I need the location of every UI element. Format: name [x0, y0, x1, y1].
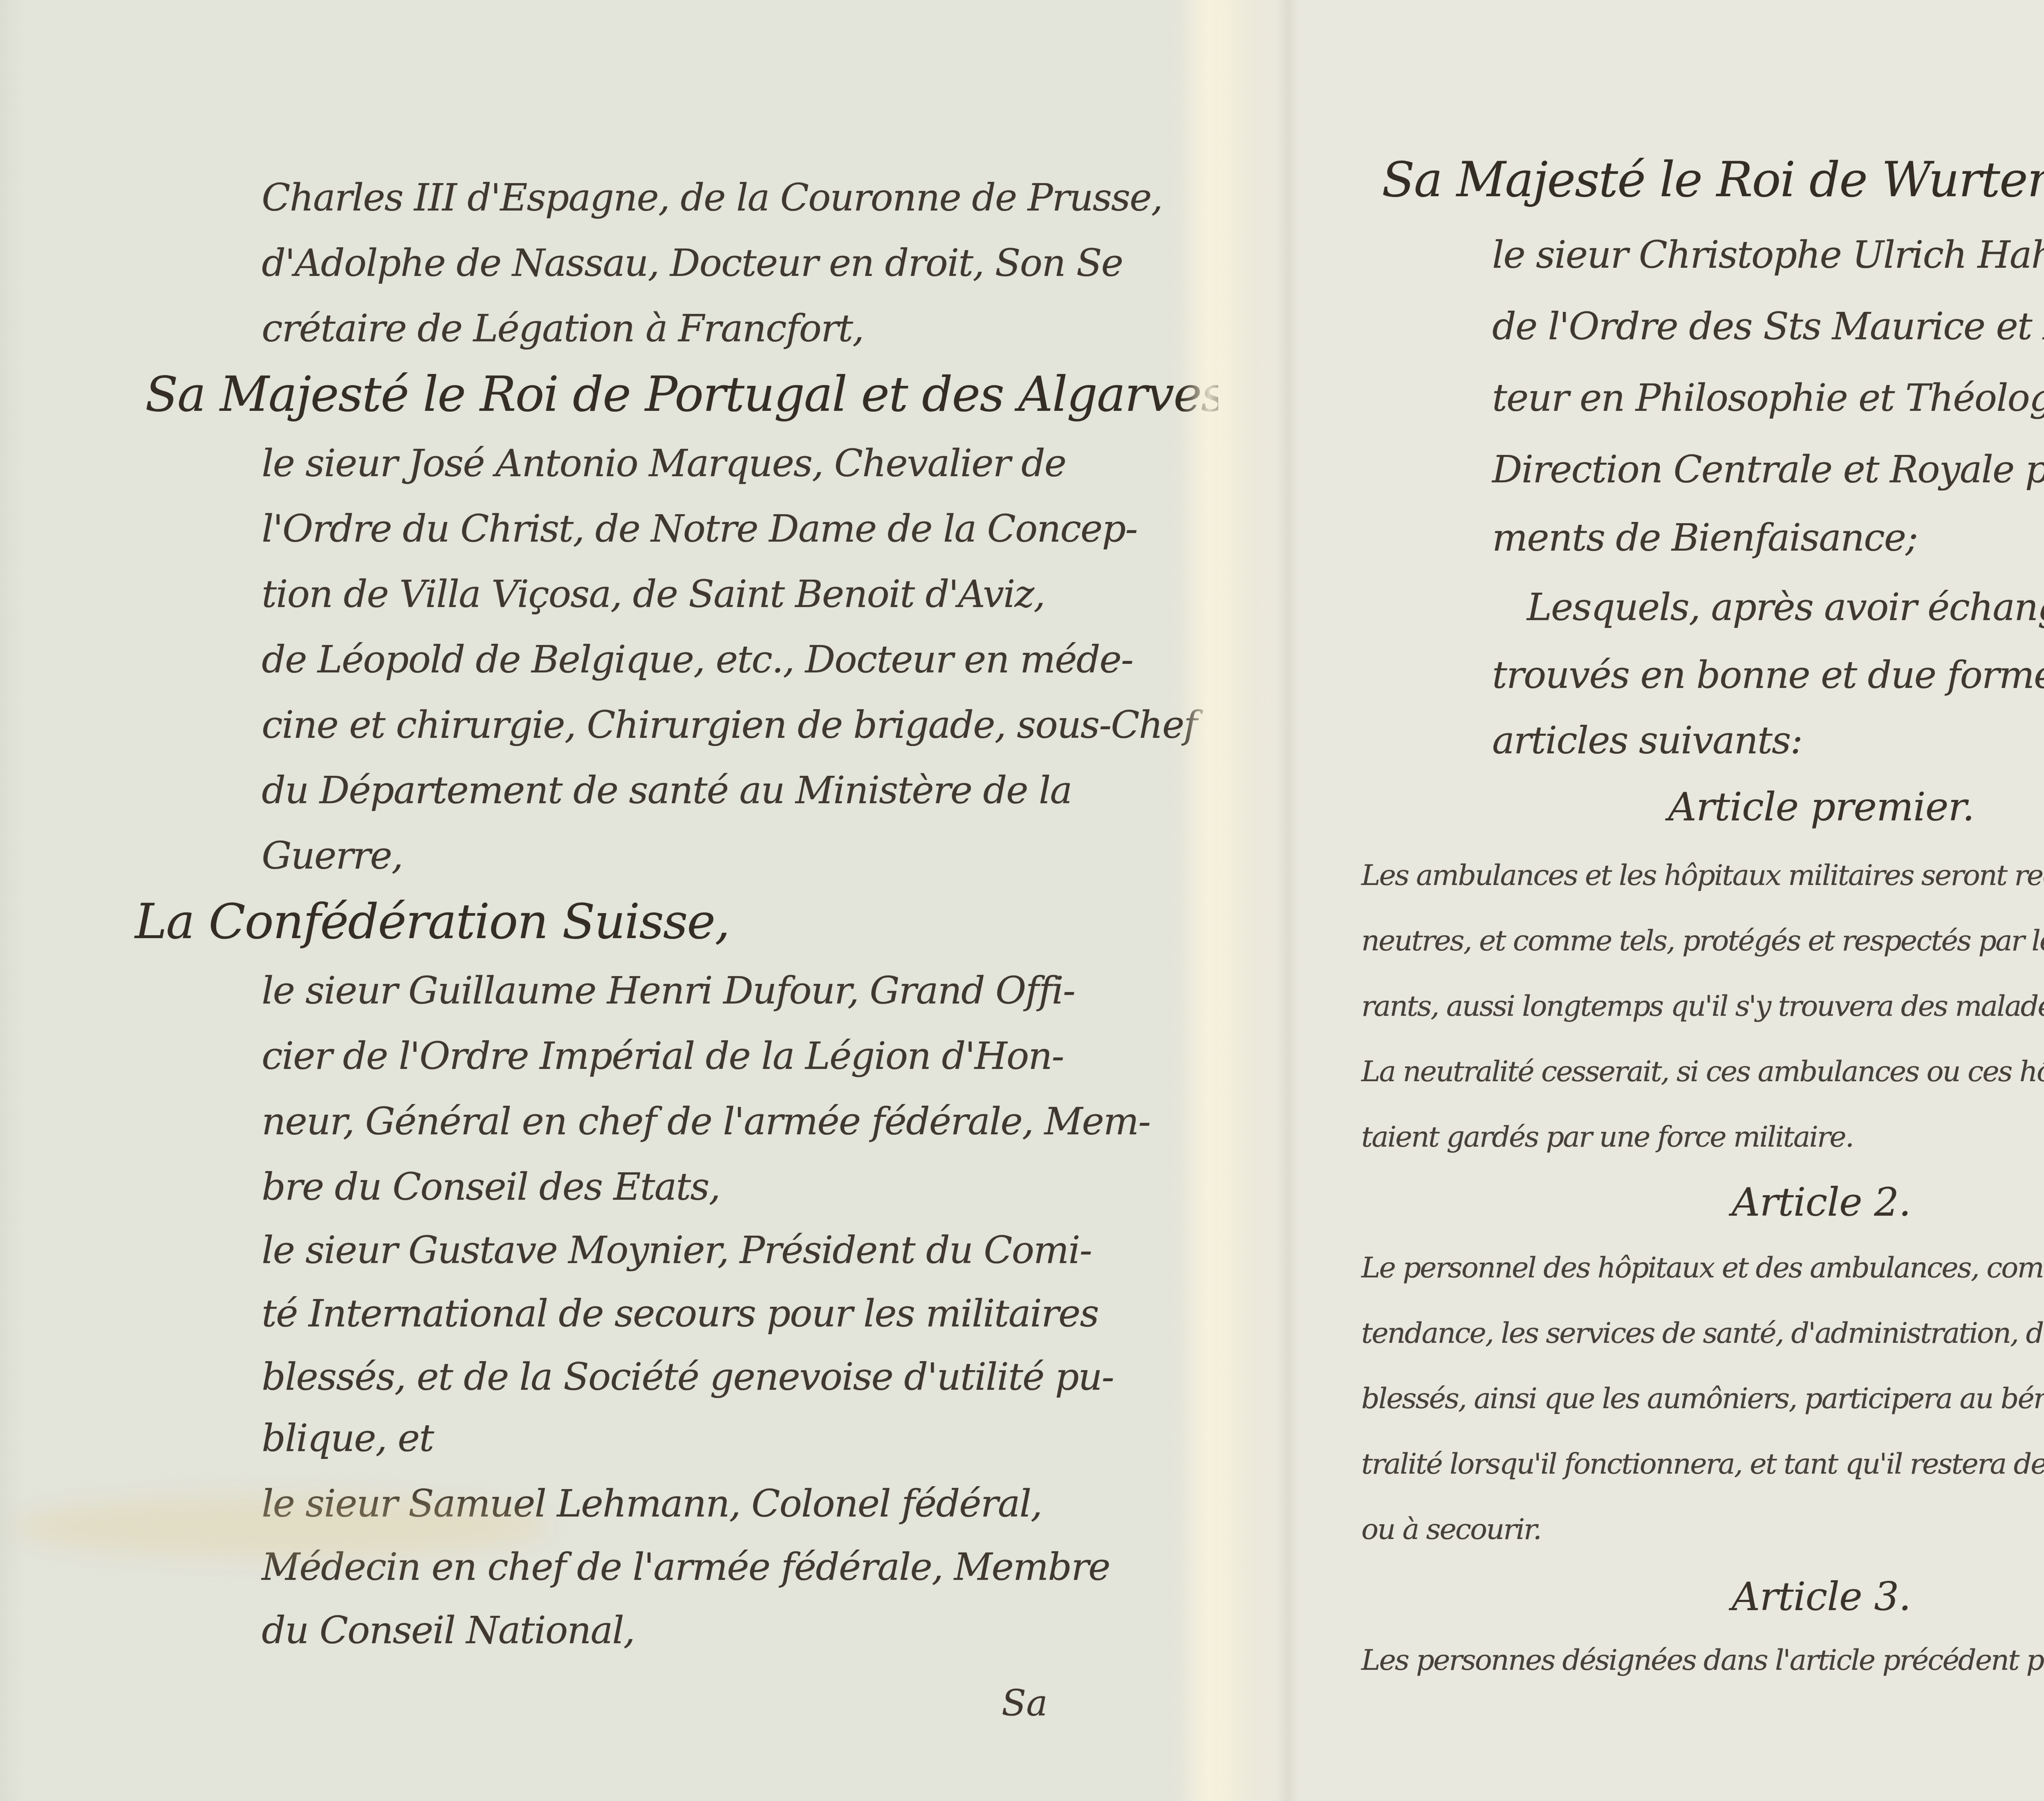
- right-page-line: teur en Philosophie et Théologie, Membre…: [1492, 376, 2044, 420]
- right-page-line: Le personnel des hôpitaux et des ambulan…: [1361, 1251, 2044, 1284]
- left-page-line: cine et chirurgie, Chirurgien de brigade…: [262, 703, 1197, 747]
- right-page-line: de l'Ordre des Sts Maurice et Lazare, et…: [1492, 305, 2044, 348]
- left-page-line: blessés, et de la Société genevoise d'ut…: [262, 1355, 1114, 1399]
- left-page-line: Médecin en chef de l'armée fédérale, Mem…: [262, 1545, 1110, 1589]
- left-page-line: cier de l'Ordre Impérial de la Légion d'…: [262, 1034, 1064, 1078]
- article-2-heading: Article 2.: [1361, 1179, 2044, 1225]
- left-page-line: le sieur Samuel Lehmann, Colonel fédéral…: [262, 1482, 1042, 1525]
- left-page-line: de Léopold de Belgique, etc., Docteur en…: [262, 638, 1133, 681]
- right-page-line: taient gardés par une force militaire.: [1361, 1120, 1853, 1154]
- left-page-line: l'Ordre du Christ, de Notre Dame de la C…: [262, 507, 1137, 551]
- right-page-line: La neutralité cesserait, si ces ambulanc…: [1361, 1055, 2044, 1088]
- right-page-line: Les personnes désignées dans l'article p…: [1361, 1643, 2044, 1677]
- right-page-line: ou à secourir.: [1361, 1512, 1541, 1546]
- right-page-line: Direction Centrale et Royale pour les Et…: [1492, 448, 2044, 491]
- right-page-royal-title: Sa Majesté le Roi de Wurtemberg,: [1382, 151, 2044, 208]
- right-page-line: tralité lorsqu'il fonctionnera, et tant …: [1361, 1447, 2044, 1481]
- left-page-line: d'Adolphe de Nassau, Docteur en droit, S…: [262, 241, 1123, 285]
- left-page-catchword: Sa: [1002, 1682, 1048, 1724]
- right-page-line: articles suivants:: [1492, 719, 1802, 762]
- right-page-line: Les ambulances et les hôpitaux militaire…: [1361, 858, 2044, 892]
- manuscript-sheet: Charles III d'Espagne, de la Couronne de…: [0, 0, 2044, 1801]
- left-page-line: Guerre,: [262, 834, 403, 878]
- left-page-line: neur, Général en chef de l'armée fédéral…: [262, 1100, 1150, 1143]
- left-page-royal-title: La Confédération Suisse,: [135, 893, 729, 950]
- right-page-line: trouvés en bonne et due forme, sont conv…: [1492, 653, 2044, 697]
- right-page-line: blessés, ainsi que les aumôniers, partic…: [1361, 1382, 2044, 1415]
- article-3-heading: Article 3.: [1361, 1574, 2044, 1620]
- left-page-line: tion de Villa Viçosa, de Saint Benoit d'…: [262, 572, 1044, 616]
- left-page-line: Charles III d'Espagne, de la Couronne de…: [262, 176, 1162, 220]
- right-page-line: le sieur Christophe Ulrich Hahn, Chevali…: [1492, 233, 2044, 277]
- right-page: Sa Majesté le Roi de Wurtemberg, le sieu…: [1218, 0, 2044, 1801]
- left-page-line: té International de secours pour les mil…: [262, 1292, 1098, 1335]
- left-page-line: du Département de santé au Ministère de …: [262, 768, 1071, 812]
- left-page-line: blique, et: [262, 1416, 433, 1460]
- left-page-line: le sieur Gustave Moynier, Président du C…: [262, 1228, 1091, 1272]
- left-page-line: crétaire de Légation à Francfort,: [262, 307, 863, 350]
- right-page-line: ments de Bienfaisance;: [1492, 516, 1917, 560]
- right-page-line: tendance, les services de santé, d'admin…: [1361, 1316, 2044, 1350]
- left-page: Charles III d'Espagne, de la Couronne de…: [0, 0, 1218, 1801]
- article-1-heading: Article premier.: [1361, 784, 2044, 830]
- right-page-line: rants, aussi longtemps qu'il s'y trouver…: [1361, 989, 2044, 1023]
- right-page-line: neutres, et comme tels, protégés et resp…: [1361, 924, 2044, 957]
- left-page-line: du Conseil National,: [262, 1608, 634, 1652]
- left-page-line: le sieur Guillaume Henri Dufour, Grand O…: [262, 969, 1075, 1013]
- left-page-line: le sieur José Antonio Marques, Chevalier…: [262, 441, 1066, 485]
- left-page-line: bre du Conseil des Etats,: [262, 1165, 720, 1209]
- right-page-line: Lesquels, après avoir échangé leurs pouv…: [1527, 585, 2044, 629]
- left-page-royal-title: Sa Majesté le Roi de Portugal et des Alg…: [145, 366, 1225, 422]
